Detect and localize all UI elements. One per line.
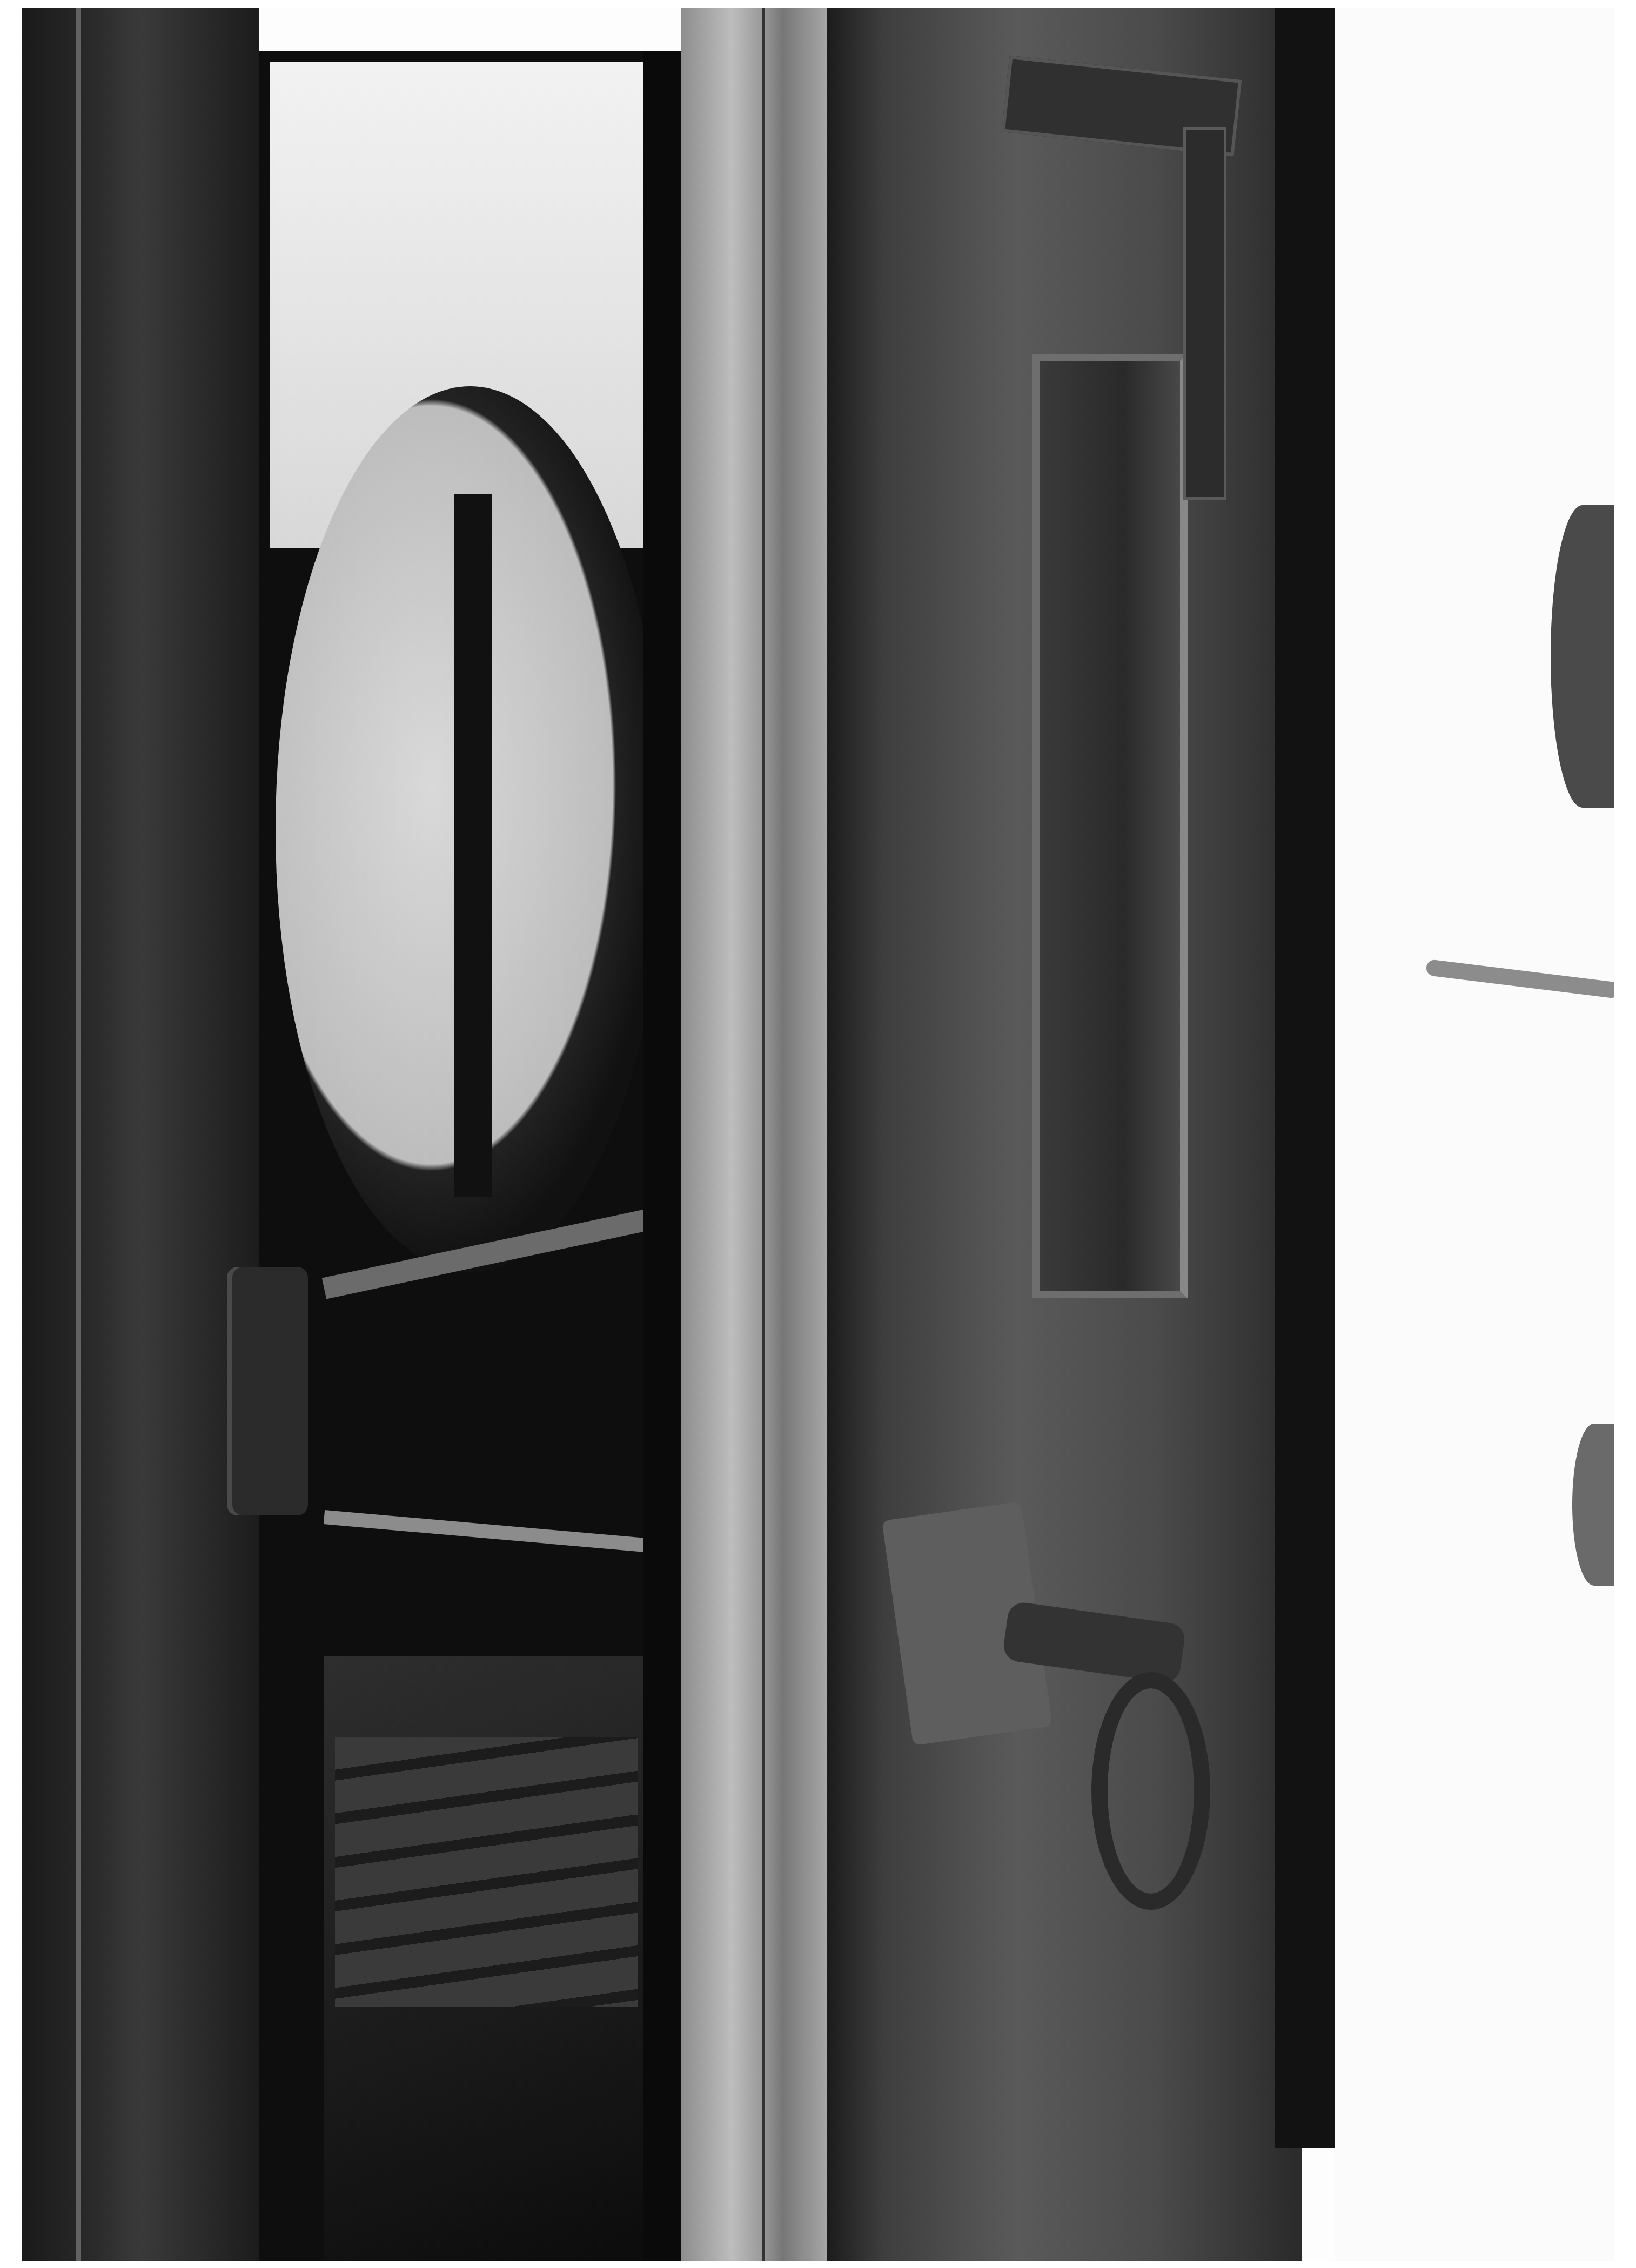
vertical-bar [454,494,492,1197]
wall-fixture-top [1551,505,1614,808]
hinge-strap [1183,127,1226,500]
door-panel [1032,354,1188,1298]
exterior-wall [1335,8,1614,2261]
frame-highlight [76,8,81,2261]
door-jamb [681,8,827,2261]
wooden-planks [335,1737,638,2007]
latch-ring-icon [1091,1672,1210,1910]
right-door-frame [1275,8,1335,2148]
inner-frame-edge [643,51,681,2261]
left-door-handle [227,1267,308,1515]
door-photograph [22,8,1614,2261]
left-door-frame [22,8,259,2261]
wall-fixture-bottom [1572,1424,1614,1586]
jamb-seam [762,8,765,2261]
